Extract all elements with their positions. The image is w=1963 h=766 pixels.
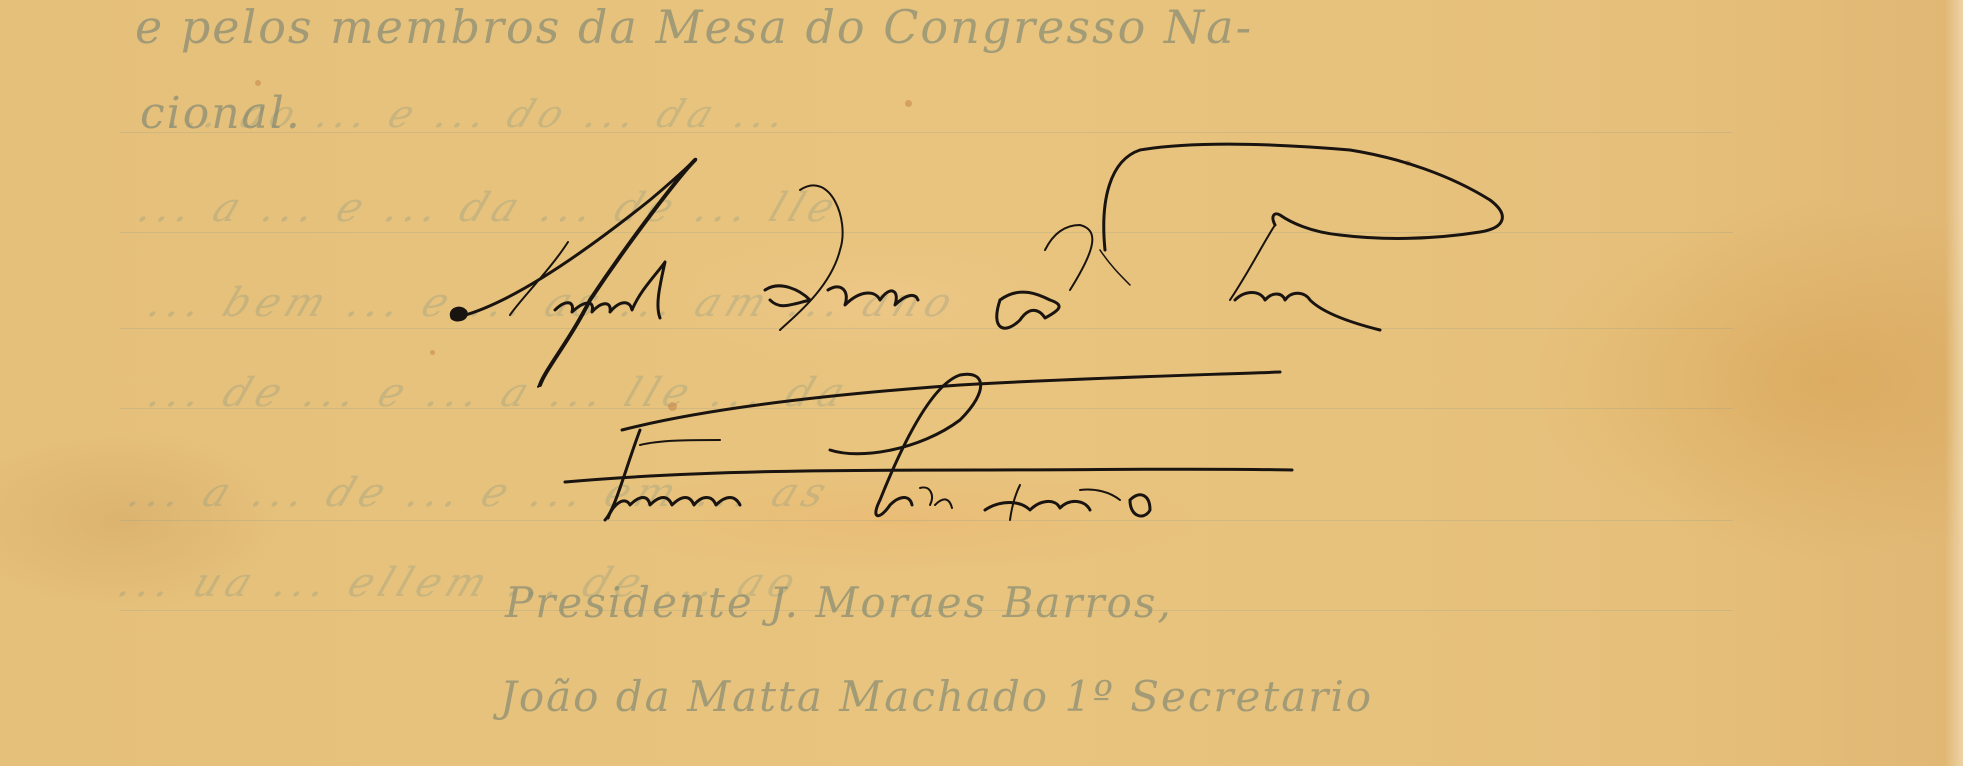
signature-floriano [565,374,1292,520]
signatures-ink-layer [0,0,1963,766]
signature-deodoro [451,144,1502,387]
manuscript-page: ... ao ... e ... do ... da ... ... a ...… [0,0,1963,766]
page-edge [1945,0,1963,766]
